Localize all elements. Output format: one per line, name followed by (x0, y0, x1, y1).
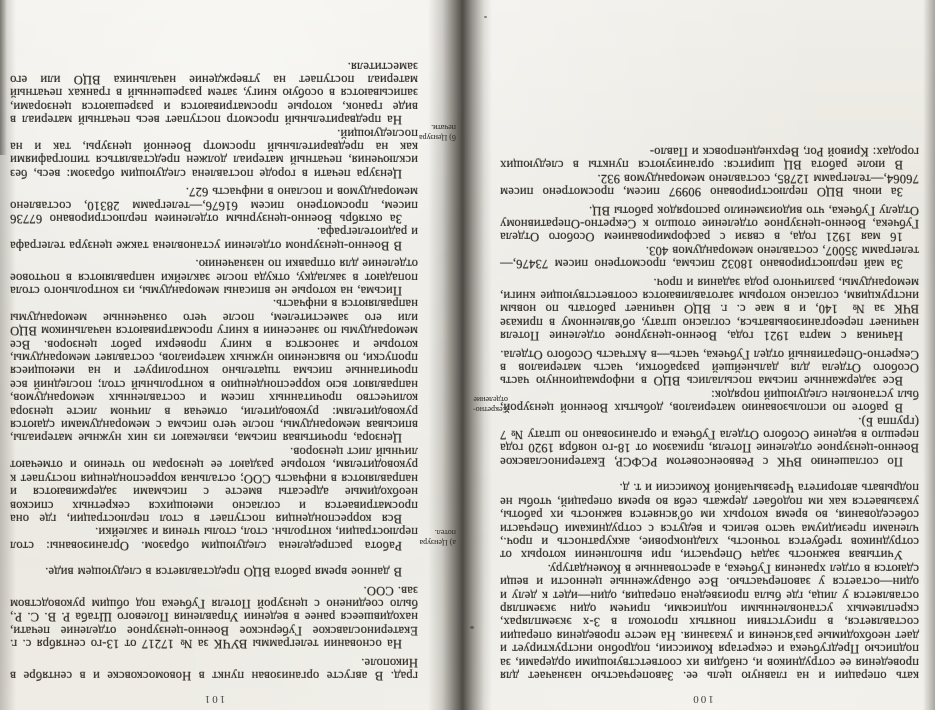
body-paragraph: Все задержанные письма посылались ВЦО в … (500, 347, 919, 387)
page-101-content: 101 а) Цензура потел. б) Цензура печати.… (0, 0, 458, 710)
body-paragraph: Цензора, прочитывая письма, извлекают из… (10, 297, 418, 444)
book-scan: 101 а) Цензура потел. б) Цензура печати.… (0, 0, 935, 710)
body-paragraph: град. В августе организован пункт в Ново… (10, 655, 418, 682)
body-paragraph: За май перлюстрировано 18032 письма, про… (500, 243, 919, 270)
body-paragraph: 16 мая 1921 года, в связи с расформирова… (500, 203, 919, 243)
page-100-content: 100 Секретно- отделение кать операции и … (470, 0, 935, 710)
body-paragraph: Начиная с марта 1921 года, Военно-цензур… (500, 275, 919, 342)
body-paragraph: В Военно-цензурном отделении установлена… (10, 225, 418, 252)
body-paragraph: Цензура печати в городе поставлена следу… (10, 126, 418, 180)
body-paragraph: В данное время работа ВЦО представляется… (10, 565, 418, 578)
page-101-body: град. В августе организован пункт в Ново… (10, 59, 418, 682)
body-paragraph: В работе по использованию материалов, до… (500, 387, 919, 414)
body-paragraph: На основании телеграммы ВУЧК за № 17217 … (10, 583, 418, 650)
body-paragraph: В июле работа ВЦ ширится: организуются п… (500, 145, 919, 172)
page-101: 101 а) Цензура потел. б) Цензура печати.… (0, 0, 458, 710)
body-paragraph: Письма, на которые не вписаны меморандум… (10, 257, 418, 297)
body-paragraph: По соглашению ВЧК с Реввоенсоветом РСФСР… (500, 414, 919, 468)
book-gutter-shadow (428, 0, 492, 710)
body-paragraph: Вся корреспонденция поступает в стол пер… (10, 445, 418, 525)
body-paragraph: За октябрь Военно-цензурным отделением п… (10, 185, 418, 225)
scan-right-edge (923, 0, 935, 710)
page-100-body: кать операции и на главную цель ее. Заво… (500, 145, 919, 682)
body-paragraph: За июнь ВЦО перлюстрировано 90997 писем,… (500, 171, 919, 198)
body-paragraph: Работа распределена следующим образом. О… (10, 525, 418, 552)
page-number: 100 (470, 693, 935, 705)
scan-left-edge-dark-corner (0, 0, 7, 155)
body-paragraph: На предварительный просмотр поступает ве… (10, 59, 418, 126)
page-100: 100 Секретно- отделение кать операции и … (470, 0, 935, 710)
page-number: 101 (0, 693, 428, 705)
body-paragraph: кать операции и на главную цель ее. Заво… (500, 561, 919, 682)
body-paragraph: Учитывая важность задач Оперчасти, при в… (500, 481, 919, 561)
